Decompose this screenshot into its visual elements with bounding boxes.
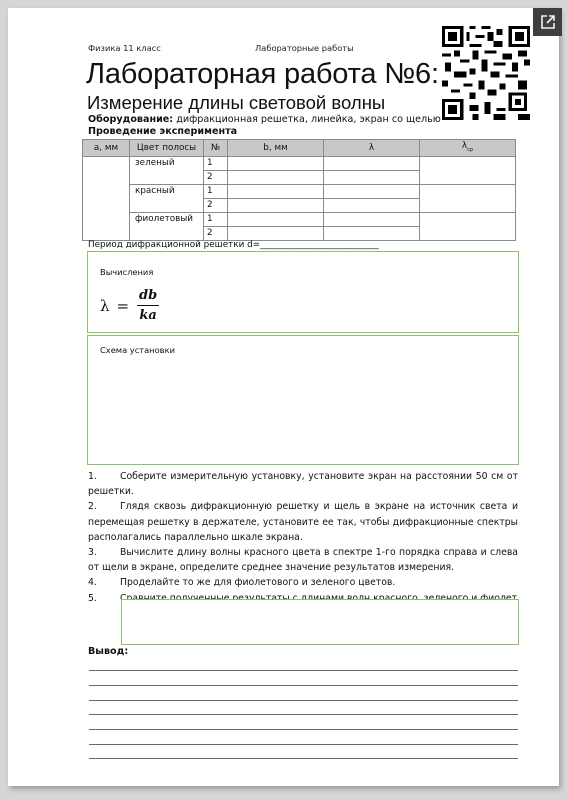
wavelength-formula: λ = db ka	[100, 288, 159, 323]
conclusion-line[interactable]	[89, 670, 518, 671]
cell-color-green: зеленый	[130, 156, 204, 184]
step-item: 1.Соберите измерительную установку, уста…	[88, 469, 518, 499]
fraction-bar	[137, 305, 159, 306]
setup-scheme-box[interactable]: Схема установки	[87, 335, 519, 465]
open-in-new-button[interactable]	[533, 8, 562, 36]
cell-number: 1	[204, 184, 228, 198]
lambda-avg-subscript: ср	[467, 147, 473, 153]
cell-lambda[interactable]	[324, 212, 420, 226]
cell-b[interactable]	[228, 198, 324, 212]
document-page: Физика 11 класс Лабораторные работы Лабо…	[8, 8, 559, 786]
conclusion-line[interactable]	[89, 714, 518, 715]
cell-a[interactable]	[83, 156, 130, 240]
step-item: 2.Глядя сквозь дифракционную решетку и щ…	[88, 499, 518, 545]
step-item: 3.Вычислите длину волны красного цвета в…	[88, 545, 518, 575]
conclusion-line[interactable]	[89, 700, 518, 701]
cell-number: 2	[204, 226, 228, 240]
conclusion-line[interactable]	[89, 758, 518, 759]
conclusion-line[interactable]	[89, 744, 518, 745]
formula-fraction: db ka	[137, 288, 159, 323]
cell-number: 1	[204, 212, 228, 226]
equipment-line: Оборудование: дифракционная решетка, лин…	[88, 114, 441, 125]
formula-equals: =	[117, 297, 130, 315]
step-number: 5.	[88, 591, 120, 606]
cell-b[interactable]	[228, 226, 324, 240]
header-subject: Физика 11 класс	[88, 43, 161, 53]
step-item: 4.Проделайте то же для фиолетового и зел…	[88, 575, 518, 590]
table-header-row: a, мм Цвет полосы № b, мм λ λср	[83, 140, 516, 157]
document-subtitle: Измерение длины световой волны	[87, 92, 385, 114]
col-header-lambda: λ	[324, 140, 420, 157]
comparison-box[interactable]	[121, 599, 519, 645]
col-header-color: Цвет полосы	[130, 140, 204, 157]
cell-lambda[interactable]	[324, 170, 420, 184]
calculations-label: Вычисления	[100, 267, 153, 277]
col-header-a: a, мм	[83, 140, 130, 157]
cell-lambda-avg[interactable]	[420, 212, 516, 240]
formula-numerator: db	[139, 288, 157, 303]
setup-scheme-label: Схема установки	[100, 345, 175, 355]
cell-b[interactable]	[228, 156, 324, 170]
step-text: Соберите измерительную установку, устано…	[88, 471, 518, 497]
step-number: 3.	[88, 545, 120, 560]
qr-code	[442, 26, 530, 120]
step-text: Глядя сквозь дифракционную решетку и щел…	[88, 501, 518, 542]
table-row: фиолетовый 1	[83, 212, 516, 226]
instruction-steps: 1.Соберите измерительную установку, уста…	[88, 469, 518, 606]
formula-denominator: ka	[139, 308, 156, 323]
table-row: зеленый 1	[83, 156, 516, 170]
equipment-value: дифракционная решетка, линейка, экран со…	[173, 114, 441, 125]
cell-lambda[interactable]	[324, 198, 420, 212]
cell-b[interactable]	[228, 212, 324, 226]
conclusion-label: Вывод:	[88, 646, 128, 657]
cell-lambda[interactable]	[324, 156, 420, 170]
measurement-table: a, мм Цвет полосы № b, мм λ λср зеленый …	[82, 139, 516, 241]
calculations-box[interactable]: Вычисления λ = db ka	[87, 251, 519, 333]
cell-lambda[interactable]	[324, 184, 420, 198]
conclusion-line[interactable]	[89, 729, 518, 730]
col-header-lambda-avg: λср	[420, 140, 516, 157]
col-header-b: b, мм	[228, 140, 324, 157]
formula-lambda: λ	[100, 297, 110, 315]
conclusion-line[interactable]	[89, 685, 518, 686]
cell-number: 1	[204, 156, 228, 170]
header-section: Лабораторные работы	[255, 43, 354, 53]
equipment-label: Оборудование:	[88, 114, 173, 125]
col-header-number: №	[204, 140, 228, 157]
cell-color-red: красный	[130, 184, 204, 212]
step-number: 1.	[88, 469, 120, 484]
open-in-new-icon	[540, 14, 556, 30]
cell-lambda[interactable]	[324, 226, 420, 240]
step-number: 4.	[88, 575, 120, 590]
cell-color-violet: фиолетовый	[130, 212, 204, 240]
cell-b[interactable]	[228, 170, 324, 184]
table-row: красный 1	[83, 184, 516, 198]
step-text: Проделайте то же для фиолетового и зелен…	[120, 577, 395, 588]
cell-lambda-avg[interactable]	[420, 156, 516, 184]
grating-period-field[interactable]: Период дифракционной решетки d=_________…	[88, 240, 379, 250]
cell-number: 2	[204, 170, 228, 184]
step-text: Вычислите длину волны красного цвета в с…	[88, 547, 518, 573]
cell-b[interactable]	[228, 184, 324, 198]
document-title: Лабораторная работа №6:	[86, 58, 439, 91]
experiment-heading: Проведение эксперимента	[88, 126, 237, 137]
step-number: 2.	[88, 499, 120, 514]
cell-lambda-avg[interactable]	[420, 184, 516, 212]
cell-number: 2	[204, 198, 228, 212]
